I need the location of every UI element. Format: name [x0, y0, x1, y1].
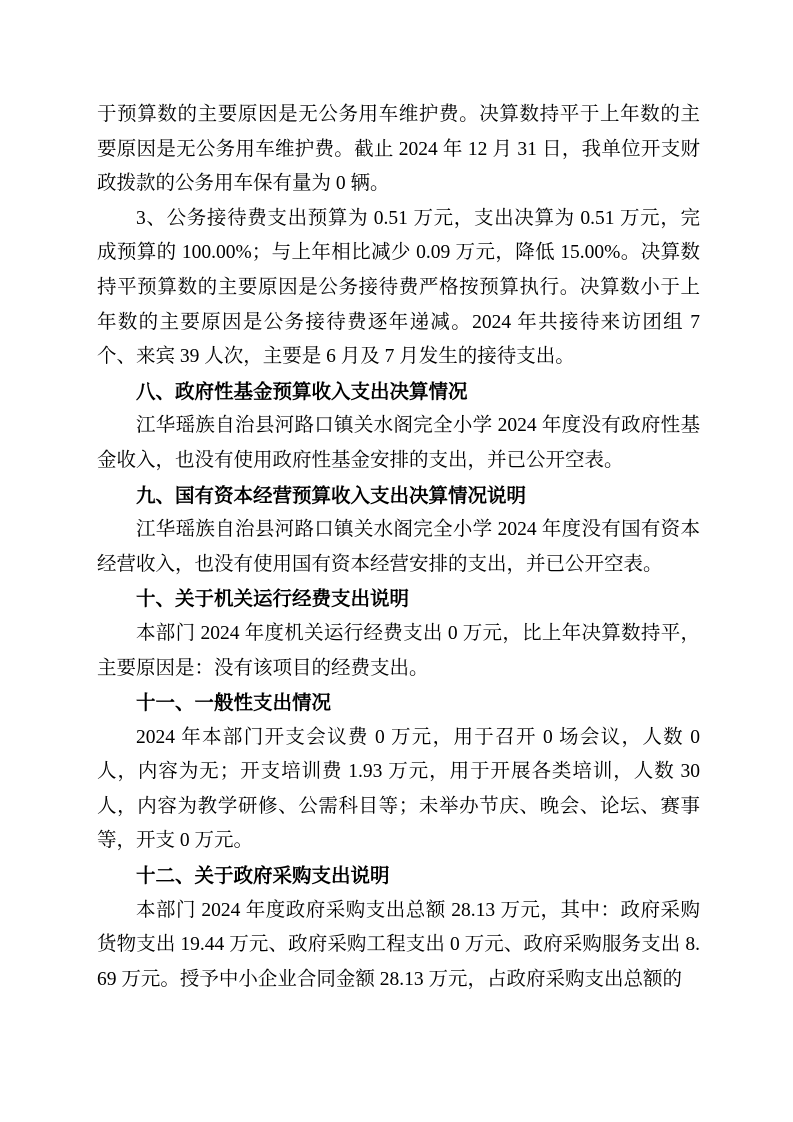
heading-section-10-operating-expense: 十、关于机关运行经费支出说明 [97, 582, 700, 617]
heading-section-11-general-expense: 十一、一般性支出情况 [97, 686, 700, 721]
heading-section-9-state-capital-budget: 九、国有资本经营预算收入支出决算情况说明 [97, 479, 700, 514]
heading-section-12-government-procurement: 十二、关于政府采购支出说明 [97, 859, 700, 894]
paragraph-general-expense: 2024 年本部门开支会议费 0 万元，用于召开 0 场会议，人数 0 人，内容… [97, 721, 700, 859]
document-body: 于预算数的主要原因是无公务用车维护费。决算数持平于上年数的主要原因是无公务用车维… [97, 98, 700, 997]
paragraph-vehicle-maintenance-continuation: 于预算数的主要原因是无公务用车维护费。决算数持平于上年数的主要原因是无公务用车维… [97, 98, 700, 202]
document-page: 于预算数的主要原因是无公务用车维护费。决算数持平于上年数的主要原因是无公务用车维… [0, 0, 793, 1122]
paragraph-operating-expense: 本部门 2024 年度机关运行经费支出 0 万元，比上年决算数持平，主要原因是：… [97, 617, 700, 686]
paragraph-government-procurement: 本部门 2024 年度政府采购支出总额 28.13 万元，其中：政府采购货物支出… [97, 894, 700, 998]
paragraph-government-fund-budget: 江华瑶族自治县河路口镇关水阁完全小学 2024 年度没有政府性基金收入，也没有使… [97, 409, 700, 478]
paragraph-state-capital-budget: 江华瑶族自治县河路口镇关水阁完全小学 2024 年度没有国有资本经营收入，也没有… [97, 513, 700, 582]
heading-section-8-government-fund-budget: 八、政府性基金预算收入支出决算情况 [97, 375, 700, 410]
paragraph-official-reception-expense: 3、公务接待费支出预算为 0.51 万元，支出决算为 0.51 万元，完成预算的… [97, 202, 700, 375]
